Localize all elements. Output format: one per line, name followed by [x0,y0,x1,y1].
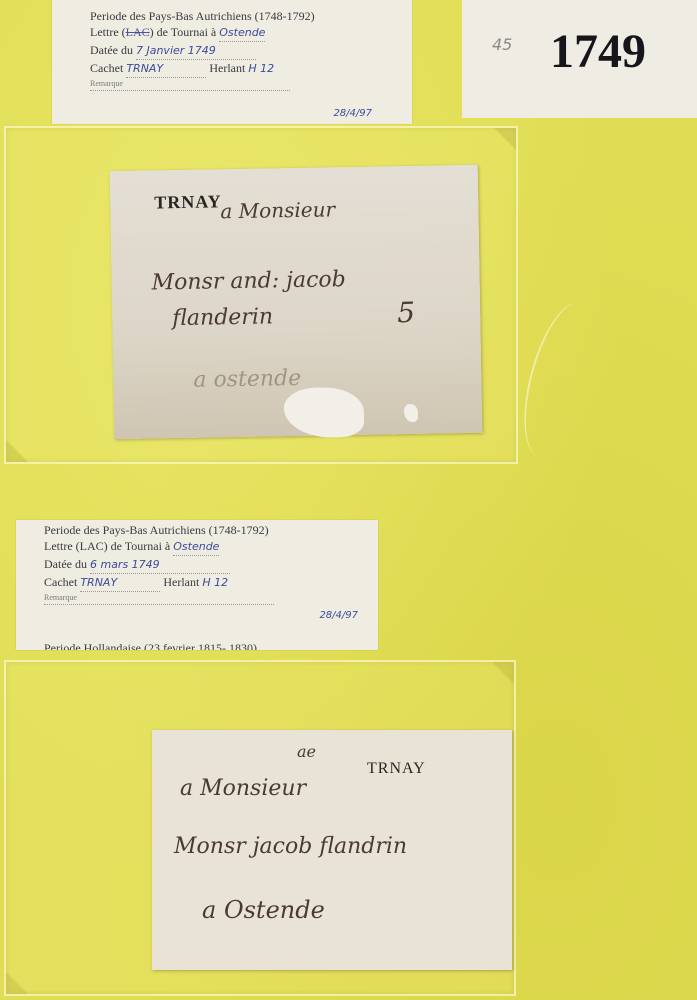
lettre-type: LAC [126,25,150,39]
address-line: a Monsieur [180,776,306,801]
date-value: 6 mars 1749 [90,557,230,574]
address-line: a ostende [193,366,301,393]
address-line: flanderin [172,304,273,331]
year-title: 1749 [550,24,646,79]
cachet-line: Cachet TRNAY Herlant H 12 [90,60,412,78]
paper-damage [404,404,418,422]
lettre-line: Lettre (LAC) de Tournai à Ostende [90,24,412,42]
date-line: Datée du 7 Janvier 1749 [90,42,412,60]
cachet-value: TRNAY [80,575,160,592]
description-label-2: Periode des Pays-Bas Autrichiens (1748-1… [16,520,378,650]
address-line: a Monsieur [220,197,335,223]
light-glare [510,295,609,465]
period-line: Periode des Pays-Bas Autrichiens (1748-1… [44,522,378,538]
note-date: 28/4/97 [319,608,358,624]
destination-value: Ostende [173,539,219,556]
address-line: a Ostende [202,896,325,924]
address-line: ae [297,742,316,761]
description-label-1: Periode des Pays-Bas Autrichiens (1748-1… [52,0,412,124]
address-line: Monsr jacob flandrin [174,834,407,859]
rate-mark: 5 [397,296,415,329]
herlant-value: H 12 [248,62,274,75]
cutoff-period-line: Periode Hollandaise (23 fevrier 1815- 18… [44,640,257,650]
address-line: Monsr and: jacob [151,267,346,295]
letter-cover-1: TRNAY a Monsieur Monsr and: jacob flande… [110,165,483,439]
cachet-value: TRNAY [126,61,206,78]
note-date: 28/4/97 [333,106,372,122]
date-value: 7 Janvier 1749 [136,43,256,60]
date-line: Datée du 6 mars 1749 [44,556,378,574]
year-card: 45 1749 [462,0,697,118]
cachet-line: Cachet TRNAY Herlant H 12 [44,574,378,592]
letter-cover-2: ae TRNAY a Monsieur Monsr jacob flandrin… [152,730,512,970]
pencil-number: 45 [492,35,512,54]
remarque-line: Remarque [90,78,412,91]
destination-value: Ostende [219,25,265,42]
postmark: TRNAY [367,760,426,778]
postmark: TRNAY [154,191,222,213]
lettre-type: LAC [80,539,104,553]
paper-damage [284,387,365,438]
herlant-value: H 12 [202,576,228,589]
lettre-line: Lettre (LAC) de Tournai à Ostende [44,538,378,556]
remarque-line: Remarque [44,592,378,605]
period-line: Periode des Pays-Bas Autrichiens (1748-1… [90,8,412,24]
